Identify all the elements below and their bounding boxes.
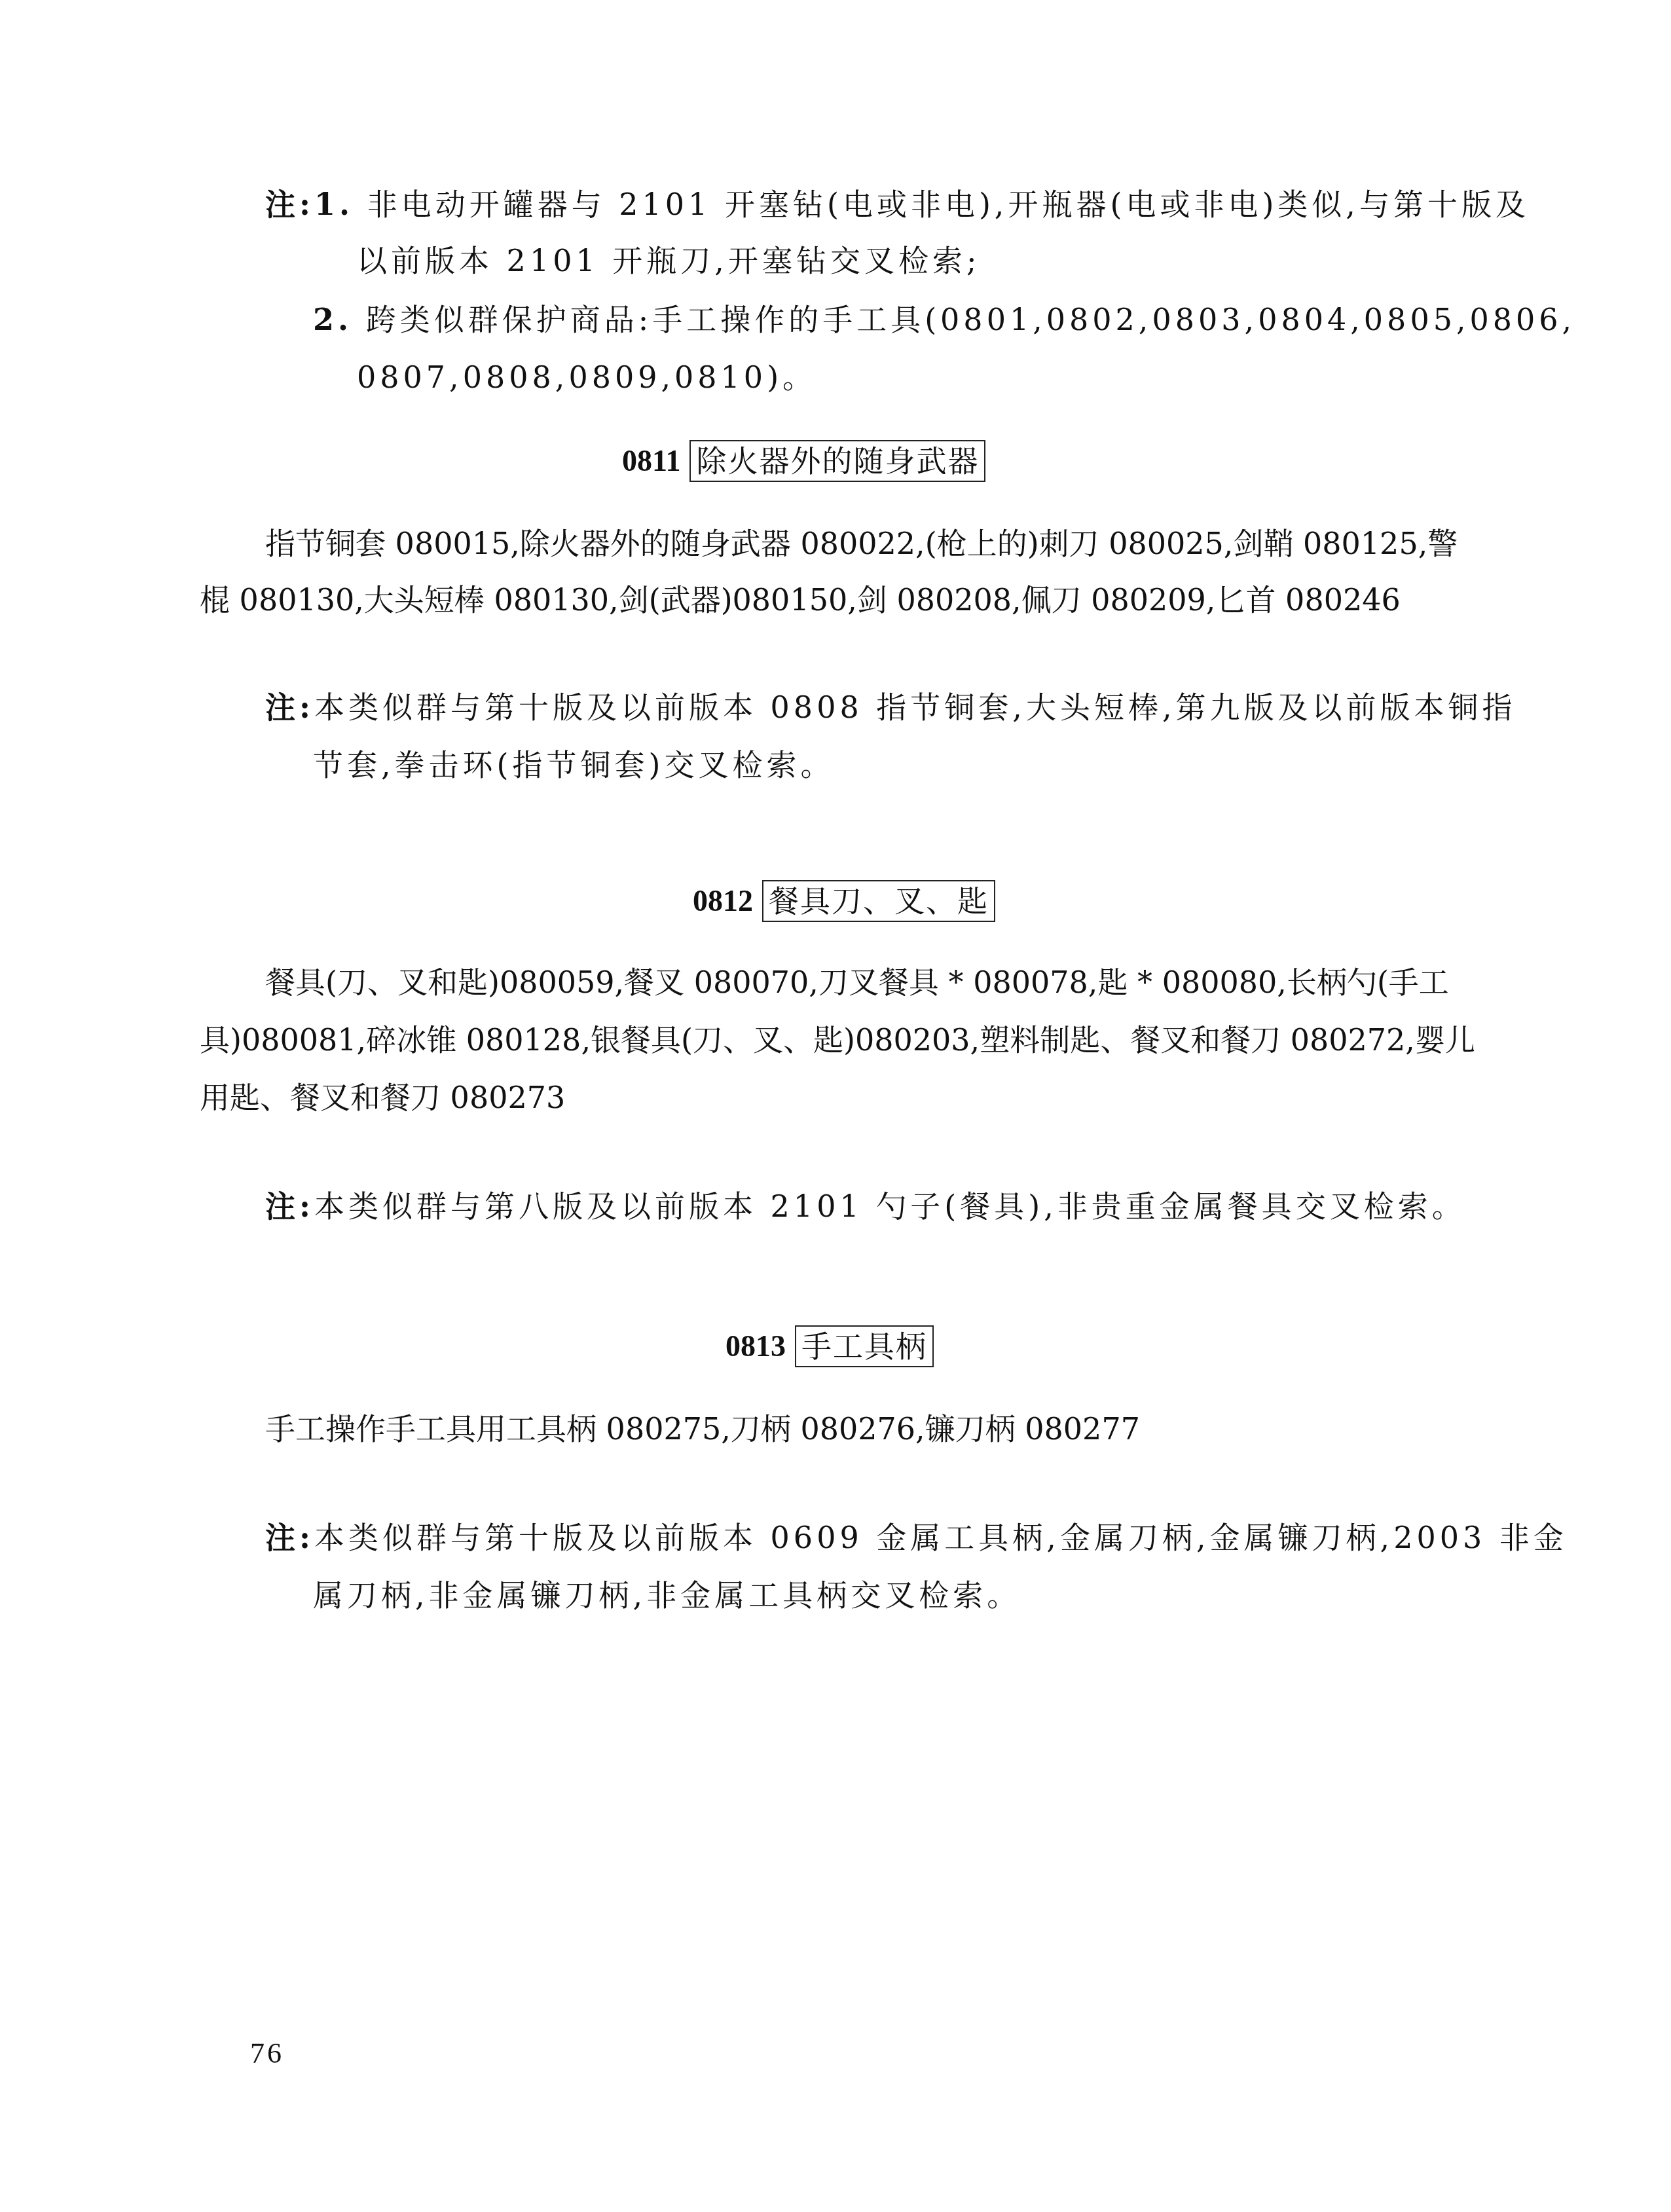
section-code: 0811 [622,441,680,481]
note-text: 节套,拳击环(指节铜套)交叉检索。 [313,745,835,784]
note-label: 注: [265,187,314,222]
note-item-marker: 1. [314,187,354,222]
note-label: 注: [265,690,314,725]
section-heading: 0813 手工具柄 [725,1325,934,1367]
note-text: 本类似群与第十版及以前版本 0808 指节铜套,大头短棒,第九版及以前版本铜指 [314,690,1516,725]
note-label: 注: [265,1189,314,1224]
section-code: 0812 [693,881,753,921]
body-line: 具)080081,碎冰锥 080128,银餐具(刀、叉、匙)080203,塑料制… [200,1020,1475,1060]
section-title: 手工具柄 [795,1325,934,1367]
body-line: 指节铜套 080015,除火器外的随身武器 080022,(枪上的)刺刀 080… [265,524,1458,563]
note-text: 本类似群与第八版及以前版本 2101 勺子(餐具),非贵重金属餐具交叉检索。 [314,1189,1466,1224]
note-item-text: 非电动开罐器与 2101 开塞钻(电或非电),开瓶器(电或非电)类似,与第十版及 [367,187,1530,222]
section-title: 餐具刀、叉、匙 [762,880,995,922]
body-line: 棍 080130,大头短棒 080130,剑(武器)080150,剑 08020… [200,580,1401,619]
body-line: 餐具(刀、叉和匙)080059,餐叉 080070,刀叉餐具 * 080078,… [265,963,1449,1002]
section-title: 除火器外的随身武器 [689,440,985,482]
note-item-text: 跨类似群保护商品:手工操作的手工具(0801,0802,0803,0804,08… [366,302,1576,337]
note-text: 本类似群与第十版及以前版本 0609 金属工具柄,金属刀柄,金属镰刀柄,2003… [314,1520,1568,1555]
section-heading: 0812 餐具刀、叉、匙 [693,880,995,922]
note-item-text: 以前版本 2101 开瓶刀,开塞钻交叉检索; [357,241,980,280]
note-item-text: 0807,0808,0809,0810)。 [357,358,817,397]
page-number: 76 [250,2037,284,2070]
note-text: 属刀柄,非金属镰刀柄,非金属工具柄交叉检索。 [313,1576,1021,1615]
note-item-marker: 2. [313,302,352,337]
section-heading: 0811 除火器外的随身武器 [622,440,985,482]
section-code: 0813 [725,1327,786,1366]
body-line: 手工操作手工具用工具柄 080275,刀柄 080276,镰刀柄 080277 [265,1409,1140,1448]
body-line: 用匙、餐叉和餐刀 080273 [200,1078,565,1117]
note-label: 注: [265,1520,314,1555]
